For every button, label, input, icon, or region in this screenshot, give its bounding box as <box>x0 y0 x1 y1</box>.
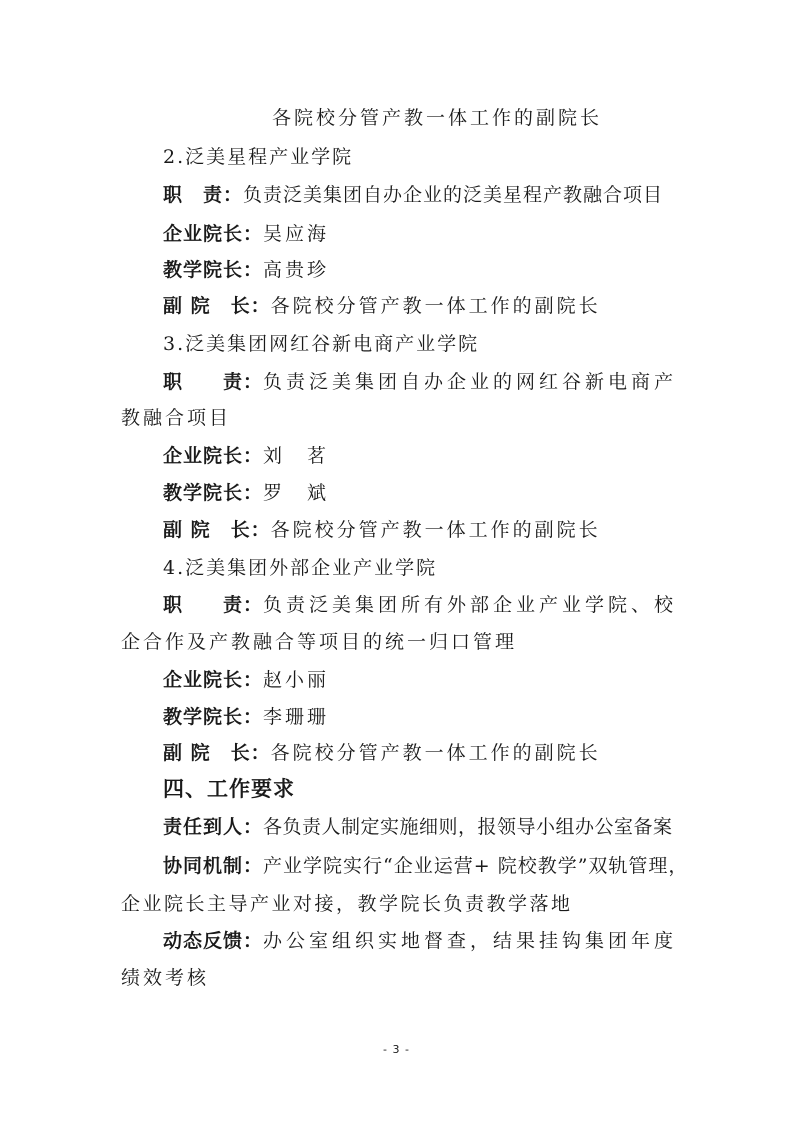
enterprise-dean-line: 企业院长：吴应海 <box>163 222 329 246</box>
section-heading-2: 2.泛美星程产业学院 <box>163 145 353 169</box>
teaching-dean-label: 教学院长： <box>163 259 263 281</box>
teaching-dean-value: 高贵珍 <box>263 259 329 281</box>
teaching-dean-line: 教学院长：高贵珍 <box>163 258 329 282</box>
section-heading-4: 4.泛美集团外部企业产业学院 <box>163 556 437 580</box>
feedback-line: 动态反馈：办公室组织实地督查，结果挂钩集团年度 <box>163 929 677 953</box>
teaching-dean-label: 教学院长： <box>163 706 263 728</box>
coordination-line: 协同机制：产业学院实行“企业运营+ 院校教学”双轨管理， <box>163 854 688 878</box>
coordination-label: 协同机制： <box>163 855 263 877</box>
teaching-dean-line: 教学院长：罗 斌 <box>163 481 329 505</box>
enterprise-dean-label: 企业院长： <box>163 223 263 245</box>
page-number: - 3 - <box>0 1043 793 1056</box>
duty-continuation: 教融合项目 <box>121 406 231 430</box>
duty-label: 职 责： <box>163 594 263 616</box>
enterprise-dean-label: 企业院长： <box>163 445 263 467</box>
duty-line: 职 责：负责泛美集团自办企业的网红谷新电商产 <box>163 370 677 394</box>
duty-continuation: 企合作及产教融合等项目的统一归口管理 <box>121 630 517 654</box>
responsibility-label: 责任到人： <box>163 816 263 838</box>
vice-dean-label: 副 院 长： <box>163 519 271 541</box>
teaching-dean-label: 教学院长： <box>163 482 263 504</box>
vice-dean-line: 副 院 长：各院校分管产教一体工作的副院长 <box>163 294 601 318</box>
feedback-label: 动态反馈： <box>163 930 263 952</box>
coordination-value: 产业学院实行“企业运营+ 院校教学”双轨管理， <box>263 855 688 877</box>
coordination-continuation: 企业院长主导产业对接，教学院长负责教学落地 <box>121 892 573 916</box>
duty-label: 职 责： <box>163 184 243 206</box>
vice-dean-value: 各院校分管产教一体工作的副院长 <box>271 742 601 764</box>
vice-dean-value: 各院校分管产教一体工作的副院长 <box>271 519 601 541</box>
feedback-value: 办公室组织实地督查，结果挂钩集团年度 <box>263 930 677 952</box>
vice-dean-value: 各院校分管产教一体工作的副院长 <box>271 295 601 317</box>
continued-line: 各院校分管产教一体工作的副院长 <box>272 106 602 130</box>
section-heading-work-requirements: 四、工作要求 <box>163 777 295 801</box>
duty-value: 负责泛美集团自办企业的网红谷新电商产 <box>263 371 677 393</box>
vice-dean-line: 副 院 长：各院校分管产教一体工作的副院长 <box>163 518 601 542</box>
vice-dean-label: 副 院 长： <box>163 295 271 317</box>
enterprise-dean-value: 刘 茗 <box>263 445 329 467</box>
responsibility-value: 各负责人制定实施细则，报领导小组办公室备案 <box>263 816 673 838</box>
enterprise-dean-line: 企业院长：赵小丽 <box>163 668 329 692</box>
responsibility-line: 责任到人：各负责人制定实施细则，报领导小组办公室备案 <box>163 815 673 839</box>
duty-line: 职 责：负责泛美集团自办企业的泛美星程产教融合项目 <box>163 183 663 207</box>
teaching-dean-value: 李珊珊 <box>263 706 329 728</box>
duty-value: 负责泛美集团所有外部企业产业学院、校 <box>263 594 677 616</box>
vice-dean-label: 副 院 长： <box>163 742 271 764</box>
duty-value: 负责泛美集团自办企业的泛美星程产教融合项目 <box>243 184 663 206</box>
enterprise-dean-label: 企业院长： <box>163 669 263 691</box>
feedback-continuation: 绩效考核 <box>121 966 209 990</box>
enterprise-dean-line: 企业院长：刘 茗 <box>163 444 329 468</box>
section-heading-3: 3.泛美集团网红谷新电商产业学院 <box>163 332 479 356</box>
duty-label: 职 责： <box>163 371 263 393</box>
enterprise-dean-value: 赵小丽 <box>263 669 329 691</box>
enterprise-dean-value: 吴应海 <box>263 223 329 245</box>
vice-dean-line: 副 院 长：各院校分管产教一体工作的副院长 <box>163 741 601 765</box>
duty-line: 职 责：负责泛美集团所有外部企业产业学院、校 <box>163 593 677 617</box>
teaching-dean-value: 罗 斌 <box>263 482 329 504</box>
teaching-dean-line: 教学院长：李珊珊 <box>163 705 329 729</box>
